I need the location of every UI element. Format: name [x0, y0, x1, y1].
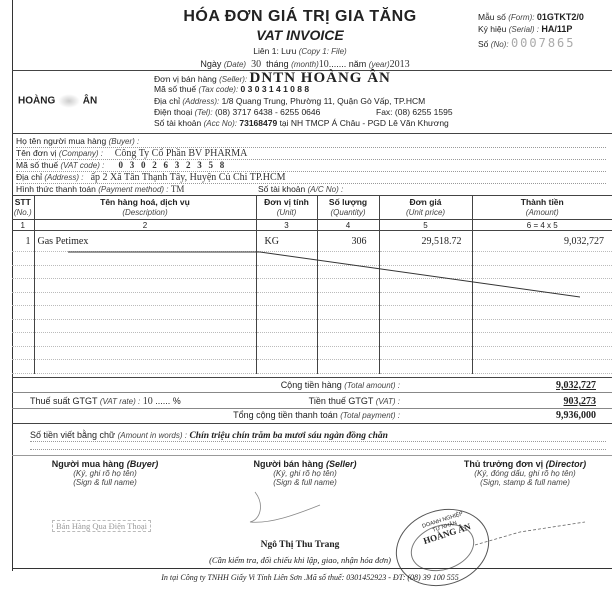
- payment-method-label-en: (Payment method) :: [98, 185, 168, 194]
- seller-fax: (08) 6255 1595: [395, 107, 453, 117]
- payment-method: TM: [171, 184, 185, 194]
- vat-rate-unit: %: [173, 396, 181, 406]
- director-signature: Thủ trưởng đơn vị (Director) (Ký, đóng d…: [435, 459, 615, 487]
- table-row-empty: [12, 360, 612, 374]
- buyer-ac-group: Số tài khoản (A/C No) :: [258, 184, 343, 194]
- seller-tax-label: Mã số thuế: [154, 84, 196, 94]
- buyer-vat-label-en: (VAT code) :: [60, 161, 104, 170]
- total-amount-value: 9,032,727: [470, 380, 596, 391]
- buyer-stamp-note: Bán Hàng Qua Điện Thoại: [52, 520, 151, 532]
- seller-account-label: Số tài khoản: [154, 118, 201, 128]
- row-no: 1: [12, 231, 34, 252]
- table-row-empty: [12, 306, 612, 320]
- seller-tax-row: Mã số thuế (Tax code): 0 3 0 3 1 4 1 0 8…: [154, 84, 309, 94]
- serial-label: Ký hiệu: [478, 24, 506, 34]
- buyer-vat-label: Mã số thuế: [16, 160, 58, 170]
- seller-address: 1/8 Quang Trung, Phường 11, Quận Gò Vấp,…: [222, 96, 426, 106]
- seller-fax-label: Fax:: [376, 107, 393, 117]
- seller-tax-label-en: (Tax code):: [198, 85, 238, 94]
- serial-label-en: (Serial) :: [509, 25, 539, 34]
- total-payment-label: Tổng cộng tiền thanh toán (Total payment…: [150, 410, 400, 420]
- seller-account-label-en: (Acc No):: [204, 119, 237, 128]
- table-row: 1 Gas Petimex KG 306 29,518.72 9,032,727: [12, 231, 612, 252]
- row-description: Gas Petimex: [34, 231, 256, 252]
- col-num: 1: [12, 220, 34, 231]
- date-year-value: 2013: [390, 59, 410, 70]
- buyer-company-label: Tên đơn vị: [16, 148, 57, 158]
- seller-tel-row: Điện thoại (Tel): (08) 3717 6438 - 6255 …: [154, 107, 320, 117]
- table-row-empty: [12, 333, 612, 347]
- divider: [12, 392, 612, 393]
- form-number: Mẫu số (Form): 01GTKT2/0: [478, 12, 584, 22]
- buyer-name-label-en: (Buyer) :: [109, 137, 140, 146]
- invoice-title: HÓA ĐƠN GIÁ TRỊ GIA TĂNG: [150, 8, 450, 26]
- divider: [12, 423, 612, 424]
- buyer-ac-label-en: (A/C No) :: [308, 185, 344, 194]
- seller-logo: HOÀNG ÂN: [18, 94, 97, 108]
- vat-rate-row: Thuế suất GTGT (VAT rate) : 10 ...... %: [30, 396, 181, 407]
- serial-number: Ký hiệu (Serial) : HA/11P: [478, 24, 572, 34]
- date-day-label: Ngày: [200, 59, 221, 69]
- seller-fax-row: Fax: (08) 6255 1595: [376, 107, 453, 117]
- invoice-date: Ngày (Date) 30 tháng (month)10....... nă…: [150, 59, 460, 70]
- buyer-vat-row: Mã số thuế (VAT code) : 0 3 0 2 6 3 2 3 …: [16, 160, 606, 172]
- col-num: 3: [256, 220, 317, 231]
- total-amount-label: Cộng tiền hàng (Total amount) :: [200, 380, 400, 390]
- seller-tax-code: 0 3 0 3 1 4 1 0 8 8: [241, 84, 310, 94]
- copy-label-vi: Liên 1: Lưu: [253, 46, 296, 56]
- words-label-en: (Amount in words) :: [118, 431, 187, 440]
- seller-address-label-en: (Address):: [182, 97, 219, 106]
- buyer-address-label-en: (Address) :: [44, 173, 83, 182]
- table-row-empty: [12, 319, 612, 333]
- date-month-label: tháng: [266, 59, 289, 69]
- check-note: (Cần kiểm tra, đối chiếu khi lập, giao, …: [150, 555, 450, 565]
- seller-address-label: Địa chỉ: [154, 96, 180, 106]
- bottom-border: [12, 568, 612, 569]
- form-label-en: (Form):: [508, 13, 534, 22]
- buyer-address-label: Địa chỉ: [16, 172, 42, 182]
- vat-rate-label-en: (VAT rate) :: [100, 397, 140, 406]
- seller-tel-label: Điện thoại: [154, 107, 192, 117]
- seller-full-name: Ngô Thị Thu Trang: [220, 540, 380, 550]
- logo-text-right: ÂN: [83, 96, 97, 107]
- seller-name-label-en: (Seller):: [219, 75, 247, 84]
- buyer-address-row: Địa chỉ (Address) : ấp 2 Xã Tân Thạnh Tâ…: [16, 172, 606, 184]
- row-amount: 9,032,727: [472, 231, 612, 252]
- seller-account-row: Số tài khoản (Acc No): 73168479 tại NH T…: [154, 118, 449, 128]
- vat-rate-value: 10: [143, 396, 153, 407]
- seller-tel-label-en: (Tel):: [195, 108, 213, 117]
- date-day-label-en: (Date): [224, 60, 246, 69]
- vat-amount-value: 903,273: [470, 396, 596, 407]
- no-label-en: (No):: [491, 40, 509, 49]
- divider: [12, 133, 612, 134]
- row-unit-price: 29,518.72: [379, 231, 472, 252]
- date-year-label: năm: [349, 59, 367, 69]
- serial-value: HA/11P: [541, 24, 572, 34]
- table-header-row: STT(No.) Tên hàng hoá, dịch vụ(Descripti…: [12, 196, 612, 220]
- copy-label-en: (Copy 1: File): [299, 47, 347, 56]
- row-quantity: 306: [317, 231, 379, 252]
- form-value: 01GTKT2/0: [537, 12, 584, 22]
- seller-name-label: Đơn vị bán hàng: [154, 74, 217, 84]
- col-header-no: STT(No.): [12, 196, 34, 220]
- seller-scribble: [240, 490, 330, 530]
- buyer-signature: Người mua hàng (Buyer) (Ký, ghi rõ họ tê…: [30, 459, 180, 487]
- divider: [12, 377, 612, 378]
- divider: [12, 408, 612, 409]
- buyer-name-label: Họ tên người mua hàng: [16, 136, 106, 146]
- no-value: 0007865: [511, 36, 576, 50]
- col-header-amount: Thành tiền(Amount): [472, 196, 612, 220]
- no-label: Số: [478, 39, 488, 49]
- director-scribble: [470, 520, 590, 560]
- col-header-unit: Đơn vị tính(Unit): [256, 196, 317, 220]
- date-month-label-en: (month): [291, 60, 319, 69]
- col-num: 2: [34, 220, 256, 231]
- seller-account-bank: tại NH TMCP Á Châu - PGD Lê Văn Khương: [280, 118, 449, 128]
- total-payment-value: 9,936,000: [470, 410, 596, 421]
- seller-address-row: Địa chỉ (Address): 1/8 Quang Trung, Phườ…: [154, 96, 425, 106]
- printer-info: In tại Công ty TNHH Giấy Vi Tính Liên Sơ…: [60, 573, 560, 582]
- buyer-name-row: Họ tên người mua hàng (Buyer) :: [16, 136, 606, 148]
- col-header-description: Tên hàng hoá, dịch vụ(Description): [34, 196, 256, 220]
- cancel-line: [60, 250, 580, 300]
- buyer-company-row: Tên đơn vị (Company) : Công Ty Cổ Phần B…: [16, 148, 606, 160]
- form-label: Mẫu số: [478, 12, 506, 22]
- invoice-number: Số (No): 0007865: [478, 36, 576, 50]
- logo-swoosh-icon: [58, 94, 80, 108]
- buyer-company: Công Ty Cổ Phần BV PHARMA: [115, 148, 248, 159]
- words-label: Số tiền viết bằng chữ: [30, 430, 115, 440]
- vat-rate-label: Thuế suất GTGT: [30, 396, 97, 406]
- amount-in-words: Chín triệu chín trăm ba mươi sáu ngàn đồ…: [189, 431, 387, 441]
- seller-signature: Người bán hàng (Seller) (Ký, ghi rõ họ t…: [230, 459, 380, 487]
- seller-account-no: 73168479: [239, 118, 277, 128]
- amount-in-words-row: Số tiền viết bằng chữ (Amount in words) …: [30, 430, 606, 442]
- col-num: 4: [317, 220, 379, 231]
- buyer-vat-code: 0 3 0 2 6 3 2 3 5 8: [118, 160, 224, 170]
- column-number-row: 1 2 3 4 5 6 = 4 x 5: [12, 220, 612, 231]
- col-header-quantity: Số lượng(Quantity): [317, 196, 379, 220]
- table-row-empty: [12, 346, 612, 360]
- copy-label: Liên 1: Lưu (Copy 1: File): [150, 46, 450, 56]
- invoice-subtitle: VAT INVOICE: [150, 27, 450, 43]
- col-header-unit-price: Đơn giá(Unit price): [379, 196, 472, 220]
- col-num: 6 = 4 x 5: [472, 220, 612, 231]
- logo-text-left: HOÀNG: [18, 96, 55, 107]
- dotted-line: [30, 442, 606, 450]
- buyer-company-label-en: (Company) :: [59, 149, 103, 158]
- row-unit: KG: [256, 231, 317, 252]
- buyer-ac-label: Số tài khoản: [258, 184, 305, 194]
- seller-tel: (08) 3717 6438 - 6255 0646: [215, 107, 320, 117]
- payment-method-label: Hình thức thanh toán: [16, 184, 96, 194]
- divider: [12, 455, 612, 456]
- date-year-label-en: (year): [369, 60, 390, 69]
- date-day-value: 30: [251, 59, 261, 70]
- col-num: 5: [379, 220, 472, 231]
- buyer-address: ấp 2 Xã Tân Thạnh Tây, Huyện Củ Chi TP.H…: [91, 172, 286, 183]
- vat-amount-label: Tiền thuế GTGT (VAT) :: [200, 396, 400, 406]
